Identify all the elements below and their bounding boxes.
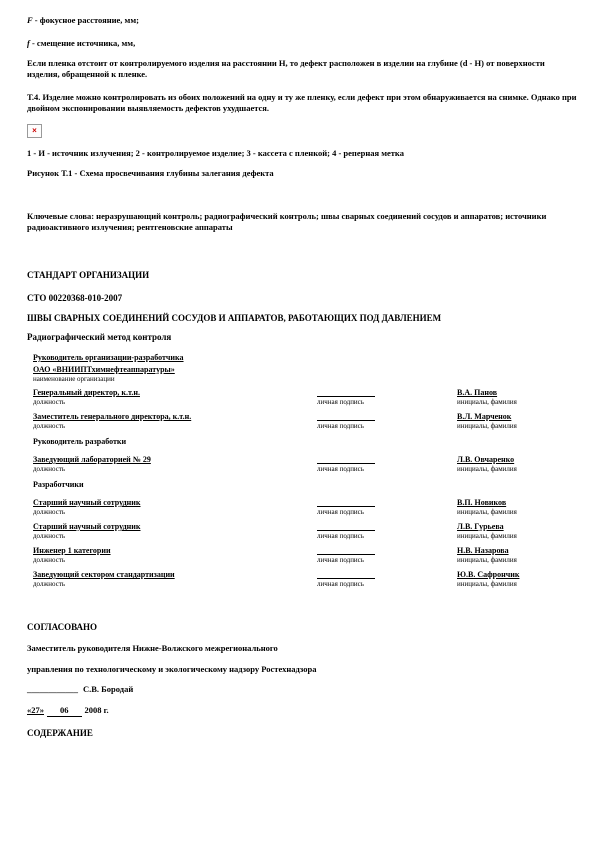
name-caption: инициалы, фамилия [457, 465, 577, 474]
position-title: Старший научный сотрудник [33, 522, 317, 532]
signature-cell: личная подпись [317, 388, 457, 408]
signature-cell: личная подпись [317, 498, 457, 518]
approval-date: «27»062008 г. [27, 705, 577, 717]
approval-signature-blank: ____________ [27, 684, 78, 694]
signature-line [317, 546, 375, 555]
approval-line1: Заместитель руководителя Нижне-Волжского… [27, 643, 577, 654]
signature-line [317, 522, 375, 531]
table-of-contents-heading: СОДЕРЖАНИЕ [27, 728, 577, 739]
signature-line [317, 498, 375, 507]
signature-row-senior-researcher-2: Старший научный сотрудник должность личн… [33, 522, 577, 542]
person-name: В.А. Панов [457, 388, 577, 398]
position-caption: должность [33, 422, 317, 431]
figure-caption: Рисунок Т.1 - Схема просвечивания глубин… [27, 168, 577, 179]
definition-offset-text: - смещение источника, мм, [30, 38, 135, 48]
name-cell: Ю.В. Сафрончик инициалы, фамилия [457, 570, 577, 590]
approval-date-year: 2008 г. [85, 705, 109, 715]
person-name: В.Л. Марченок [457, 412, 577, 422]
signature-cell: личная подпись [317, 455, 457, 475]
position-caption: должность [33, 465, 317, 474]
position-cell: Генеральный директор, к.т.н. должность [33, 388, 317, 408]
signature-caption: личная подпись [317, 556, 457, 565]
signature-block: Руководитель организации-разработчика ОА… [27, 353, 577, 590]
standard-org-heading: СТАНДАРТ ОРГАНИЗАЦИИ [27, 270, 577, 281]
position-cell: Заведующий лабораторией № 29 должность [33, 455, 317, 475]
signature-line [317, 570, 375, 579]
signature-cell: личная подпись [317, 522, 457, 542]
position-cell: Старший научный сотрудник должность [33, 522, 317, 542]
name-caption: инициалы, фамилия [457, 398, 577, 407]
position-cell: Старший научный сотрудник должность [33, 498, 317, 518]
name-cell: В.Л. Марченок инициалы, фамилия [457, 412, 577, 432]
position-title: Заведующий лабораторией № 29 [33, 455, 317, 465]
paragraph-t4: Т.4. Изделие можно контролировать из обо… [27, 92, 577, 114]
keywords-paragraph: Ключевые слова: неразрушающий контроль; … [27, 211, 577, 233]
broken-image-placeholder: × [27, 124, 42, 138]
figure-legend: 1 - И - источник излучения; 2 - контроли… [27, 148, 577, 159]
standard-subtitle: Радиографический метод контроля [27, 332, 577, 343]
approval-date-month: 06 [47, 705, 82, 717]
document-content: F - фокусное расстояние, мм; f - смещени… [0, 0, 595, 739]
signature-cell: личная подпись [317, 570, 457, 590]
position-caption: должность [33, 508, 317, 517]
lead-developer-heading: Руководитель разработки [33, 437, 577, 447]
position-title: Заместитель генерального директора, к.т.… [33, 412, 317, 422]
standard-number: СТО 00220368-010-2007 [27, 293, 577, 304]
position-caption: должность [33, 556, 317, 565]
standard-title: ШВЫ СВАРНЫХ СОЕДИНЕНИЙ СОСУДОВ И АППАРАТ… [27, 313, 577, 324]
developer-org-name: ОАО «ВНИИПТхимнефтеаппаратуры» [33, 365, 577, 375]
approval-signature: ____________С.В. Бородай [27, 684, 577, 695]
position-title: Старший научный сотрудник [33, 498, 317, 508]
position-cell: Заведующий сектором стандартизации должн… [33, 570, 317, 590]
signature-line [317, 412, 375, 421]
name-cell: В.П. Новиков инициалы, фамилия [457, 498, 577, 518]
position-title: Инженер 1 категории [33, 546, 317, 556]
name-caption: инициалы, фамилия [457, 556, 577, 565]
signature-row-lab-head: Заведующий лабораторией № 29 должность л… [33, 455, 577, 475]
developer-heading: Руководитель организации-разработчика [33, 353, 577, 363]
name-cell: В.А. Панов инициалы, фамилия [457, 388, 577, 408]
signature-cell: личная подпись [317, 546, 457, 566]
signature-caption: личная подпись [317, 580, 457, 589]
document-page: F - фокусное расстояние, мм; f - смещени… [0, 0, 595, 842]
signature-caption: личная подпись [317, 465, 457, 474]
signature-caption: личная подпись [317, 422, 457, 431]
position-title: Генеральный директор, к.т.н. [33, 388, 317, 398]
approval-heading: СОГЛАСОВАНО [27, 622, 577, 633]
broken-image-x-icon: × [32, 127, 37, 135]
person-name: Л.В. Овчаренко [457, 455, 577, 465]
person-name: В.П. Новиков [457, 498, 577, 508]
signature-line [317, 455, 375, 464]
signature-row-senior-researcher-1: Старший научный сотрудник должность личн… [33, 498, 577, 518]
position-caption: должность [33, 398, 317, 407]
approval-signer-name: С.В. Бородай [83, 684, 133, 694]
name-cell: Н.В. Назарова инициалы, фамилия [457, 546, 577, 566]
signature-row-deputy-director: Заместитель генерального директора, к.т.… [33, 412, 577, 432]
position-caption: должность [33, 532, 317, 541]
name-caption: инициалы, фамилия [457, 580, 577, 589]
person-name: Ю.В. Сафрончик [457, 570, 577, 580]
name-cell: Л.В. Гурьева инициалы, фамилия [457, 522, 577, 542]
signature-caption: личная подпись [317, 532, 457, 541]
signature-row-general-director: Генеральный директор, к.т.н. должность л… [33, 388, 577, 408]
position-caption: должность [33, 580, 317, 589]
name-caption: инициалы, фамилия [457, 532, 577, 541]
definition-focal-distance: F - фокусное расстояние, мм; [27, 15, 577, 26]
signature-cell: личная подпись [317, 412, 457, 432]
paragraph-film-distance: Если пленка отстоит от контролируемого и… [27, 58, 577, 80]
developers-heading: Разработчики [33, 480, 577, 490]
approval-date-day: «27» [27, 705, 44, 715]
name-cell: Л.В. Овчаренко инициалы, фамилия [457, 455, 577, 475]
person-name: Л.В. Гурьева [457, 522, 577, 532]
definition-source-offset: f - смещение источника, мм, [27, 38, 577, 49]
position-title: Заведующий сектором стандартизации [33, 570, 317, 580]
signature-row-engineer: Инженер 1 категории должность личная под… [33, 546, 577, 566]
definition-focal-text: - фокусное расстояние, мм; [33, 15, 139, 25]
name-caption: инициалы, фамилия [457, 422, 577, 431]
approval-line2: управления по технологическому и экологи… [27, 664, 577, 675]
signature-caption: личная подпись [317, 398, 457, 407]
signature-caption: личная подпись [317, 508, 457, 517]
name-caption: инициалы, фамилия [457, 508, 577, 517]
person-name: Н.В. Назарова [457, 546, 577, 556]
position-cell: Заместитель генерального директора, к.т.… [33, 412, 317, 432]
signature-row-standardization-head: Заведующий сектором стандартизации должн… [33, 570, 577, 590]
org-name-caption: наименование организации [33, 375, 577, 384]
signature-line [317, 388, 375, 397]
position-cell: Инженер 1 категории должность [33, 546, 317, 566]
